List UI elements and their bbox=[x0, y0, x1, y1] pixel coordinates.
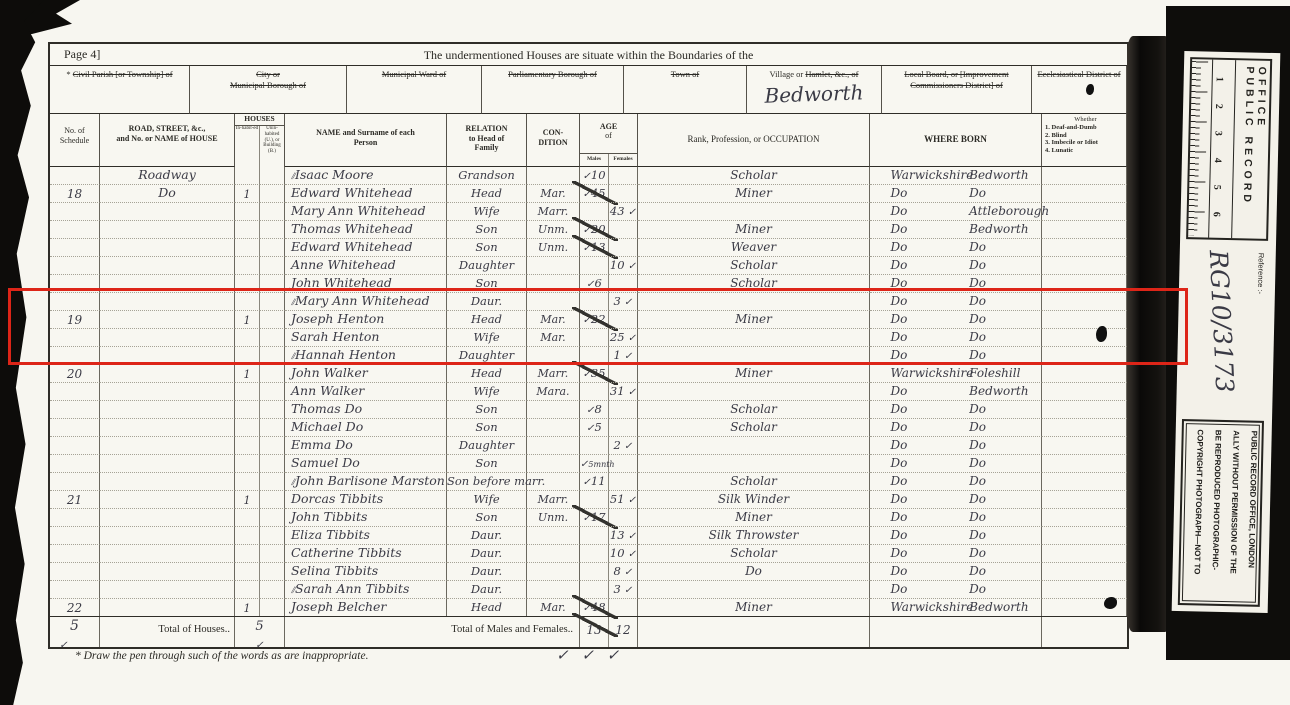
cell-name: Emma Do bbox=[285, 437, 447, 455]
cell-occupation: Scholar bbox=[638, 545, 870, 563]
cell-road bbox=[100, 473, 235, 491]
cell-condition: Mar. bbox=[527, 185, 580, 203]
cell-where-born: DoDo bbox=[870, 257, 1042, 275]
cell-condition bbox=[527, 419, 580, 437]
cell-condition bbox=[527, 527, 580, 545]
cell-name: Edward Whitehead bbox=[285, 185, 447, 203]
location-label-segment: Local Board, or [ImprovementCommissioner… bbox=[904, 69, 1008, 90]
cell-road: Roadway bbox=[100, 167, 235, 185]
cell-where-born: DoDo bbox=[870, 491, 1042, 509]
cell-relation: Son bbox=[447, 455, 527, 473]
cell-houses-inhabited bbox=[235, 383, 260, 401]
cell-condition bbox=[527, 455, 580, 473]
cell-occupation: Silk Winder bbox=[638, 491, 870, 509]
cell-houses-uninhabited bbox=[260, 365, 285, 383]
cell-condition: Marr. bbox=[527, 491, 580, 509]
cell-schedule bbox=[50, 167, 100, 185]
cell-infirmity bbox=[1042, 401, 1127, 419]
column-header-males: Males bbox=[580, 154, 609, 167]
totals-schedule: 5✓ bbox=[50, 617, 100, 647]
cell-houses-uninhabited bbox=[260, 473, 285, 491]
cell-houses-uninhabited bbox=[260, 401, 285, 419]
cell-houses-inhabited bbox=[235, 203, 260, 221]
column-header: No. ofSchedule bbox=[50, 114, 100, 167]
reference-value: RG10/3173 bbox=[1204, 249, 1240, 393]
ruler-numbers: 123456 bbox=[1208, 60, 1236, 238]
cell-houses-inhabited bbox=[235, 239, 260, 257]
cell-age-male bbox=[580, 203, 609, 221]
cell-infirmity bbox=[1042, 185, 1127, 203]
cell-age-female bbox=[609, 509, 638, 527]
cell-infirmity bbox=[1042, 545, 1127, 563]
cell-schedule bbox=[50, 473, 100, 491]
cell-occupation: Scholar bbox=[638, 473, 870, 491]
cell-occupation: Miner bbox=[638, 509, 870, 527]
cell-houses-inhabited: 1 bbox=[235, 599, 260, 617]
cell-occupation bbox=[638, 203, 870, 221]
cell-where-born: DoDo bbox=[870, 455, 1042, 473]
cell-age-male bbox=[580, 437, 609, 455]
cell-road: Do bbox=[100, 185, 235, 203]
cell-where-born: DoDo bbox=[870, 401, 1042, 419]
cell-age-female bbox=[609, 473, 638, 491]
location-label-segment: City orMunicipal Borough of bbox=[230, 69, 306, 90]
cell-houses-uninhabited bbox=[260, 437, 285, 455]
cell-condition: Marr. bbox=[527, 365, 580, 383]
cell-age-female: 13 ✓ bbox=[609, 527, 638, 545]
cell-occupation: Scholar bbox=[638, 401, 870, 419]
location-label-segment: Village or bbox=[770, 69, 806, 79]
cell-road bbox=[100, 437, 235, 455]
cell-age-male: ✓11 bbox=[580, 473, 609, 491]
column-header-females: Females bbox=[609, 154, 638, 167]
cell-occupation bbox=[638, 581, 870, 599]
cell-condition bbox=[527, 401, 580, 419]
totals-houses-label: Total of Houses.. bbox=[100, 617, 235, 647]
cell-schedule: 22 bbox=[50, 599, 100, 617]
cell-relation: Son bbox=[447, 509, 527, 527]
cell-infirmity bbox=[1042, 491, 1127, 509]
cell-road bbox=[100, 203, 235, 221]
copyright-text: COPYRIGHT PHOTOGRAPH—NOT TOBE REPRODUCED… bbox=[1187, 429, 1258, 598]
cell-condition bbox=[527, 563, 580, 581]
cell-age-male bbox=[580, 527, 609, 545]
cell-infirmity bbox=[1042, 167, 1127, 185]
cell-houses-uninhabited bbox=[260, 491, 285, 509]
cell-schedule bbox=[50, 239, 100, 257]
cell-houses-uninhabited bbox=[260, 239, 285, 257]
cell-road bbox=[100, 419, 235, 437]
cell-age-female: 31 ✓ bbox=[609, 383, 638, 401]
cell-age-male: ✓45 bbox=[580, 185, 609, 203]
cell-where-born: DoDo bbox=[870, 239, 1042, 257]
cell-where-born: DoBedworth bbox=[870, 221, 1042, 239]
cell-schedule bbox=[50, 221, 100, 239]
cell-age-female bbox=[609, 221, 638, 239]
totals-houses-value: 5✓ bbox=[235, 617, 285, 647]
cell-infirmity bbox=[1042, 383, 1127, 401]
column-header: Rank, Profession, or OCCUPATION bbox=[638, 114, 870, 167]
cell-age-male bbox=[580, 545, 609, 563]
cell-age-female bbox=[609, 185, 638, 203]
cell-condition bbox=[527, 545, 580, 563]
cell-houses-uninhabited bbox=[260, 383, 285, 401]
cell-road bbox=[100, 509, 235, 527]
ruler-number: 6 bbox=[1211, 212, 1222, 217]
cell-name: Edward Whitehead bbox=[285, 239, 447, 257]
cell-age-male: ✓5mnth bbox=[580, 455, 609, 473]
cell-age-male: ✓48 bbox=[580, 599, 609, 617]
cell-infirmity bbox=[1042, 563, 1127, 581]
cell-relation: Wife bbox=[447, 491, 527, 509]
cell-where-born: DoDo bbox=[870, 581, 1042, 599]
cell-condition: Mara. bbox=[527, 383, 580, 401]
cell-schedule: 20 bbox=[50, 365, 100, 383]
column-header-age: AGEof bbox=[580, 114, 638, 154]
cell-where-born: WarwickshireBedworth bbox=[870, 167, 1042, 185]
cell-houses-uninhabited bbox=[260, 185, 285, 203]
copyright-line: ALLY WITHOUT PERMISSION OF THE bbox=[1223, 430, 1245, 598]
location-label-segment: Ecclesiastical District of bbox=[1037, 69, 1120, 79]
cell-occupation: Silk Throwster bbox=[638, 527, 870, 545]
cell-houses-inhabited: 1 bbox=[235, 491, 260, 509]
cell-houses-inhabited bbox=[235, 581, 260, 599]
cell-age-female: 10 ✓ bbox=[609, 257, 638, 275]
cell-schedule bbox=[50, 419, 100, 437]
column-header: ROAD, STREET, &c.,and No. or NAME of HOU… bbox=[100, 114, 235, 167]
location-cell: * Civil Parish [or Township] of bbox=[50, 66, 190, 114]
cell-condition bbox=[527, 257, 580, 275]
cell-road bbox=[100, 581, 235, 599]
cell-relation: Son before marr. bbox=[447, 473, 527, 491]
form-footnote: * Draw the pen through such of the words… bbox=[75, 650, 368, 662]
cell-condition: Mar. bbox=[527, 599, 580, 617]
cell-age-female: 2 ✓ bbox=[609, 437, 638, 455]
ruler-number: 1 bbox=[1214, 77, 1225, 82]
cell-houses-uninhabited bbox=[260, 527, 285, 545]
cell-where-born: DoDo bbox=[870, 563, 1042, 581]
cell-name: Mary Ann Whitehead bbox=[285, 203, 447, 221]
cell-occupation: Scholar bbox=[638, 419, 870, 437]
location-cell: Municipal Ward of bbox=[347, 66, 482, 114]
cell-road bbox=[100, 221, 235, 239]
cell-schedule bbox=[50, 527, 100, 545]
ruler-long-ticks bbox=[1188, 61, 1208, 235]
cell-infirmity bbox=[1042, 509, 1127, 527]
cell-where-born: DoDo bbox=[870, 437, 1042, 455]
cell-houses-inhabited: 1 bbox=[235, 365, 260, 383]
cell-schedule bbox=[50, 509, 100, 527]
cell-name: ⫽Isaac Moore bbox=[285, 167, 447, 185]
cell-age-male bbox=[580, 581, 609, 599]
location-cell: Town of bbox=[624, 66, 747, 114]
cell-condition: Unm. bbox=[527, 509, 580, 527]
cell-relation: Daur. bbox=[447, 545, 527, 563]
cell-relation: Daur. bbox=[447, 581, 527, 599]
cell-occupation: Miner bbox=[638, 221, 870, 239]
cell-age-female bbox=[609, 455, 638, 473]
cell-age-female bbox=[609, 419, 638, 437]
reference-label: Reference :- bbox=[1256, 253, 1266, 294]
cell-houses-inhabited bbox=[235, 257, 260, 275]
cell-schedule bbox=[50, 383, 100, 401]
cell-name: Thomas Whitehead bbox=[285, 221, 447, 239]
cell-name: Joseph Belcher bbox=[285, 599, 447, 617]
red-highlight-box bbox=[8, 288, 1188, 365]
cell-road bbox=[100, 563, 235, 581]
column-header-uninhabited: Unin-habited (U.), or Building (B.) bbox=[260, 126, 285, 167]
cell-infirmity bbox=[1042, 257, 1127, 275]
totals-males-value: 13 bbox=[580, 617, 609, 647]
cell-schedule bbox=[50, 563, 100, 581]
cell-age-male: ✓5 bbox=[580, 419, 609, 437]
cell-where-born: DoDo bbox=[870, 419, 1042, 437]
form-title: The undermentioned Houses are situate wi… bbox=[50, 48, 1127, 66]
location-label-segment: Parliamentary Borough of bbox=[508, 69, 597, 79]
cell-houses-uninhabited bbox=[260, 419, 285, 437]
cell-houses-uninhabited bbox=[260, 545, 285, 563]
cell-occupation: Miner bbox=[638, 599, 870, 617]
cell-condition: Marr. bbox=[527, 203, 580, 221]
location-cell: City orMunicipal Borough of bbox=[190, 66, 347, 114]
cell-houses-inhabited bbox=[235, 545, 260, 563]
cell-road bbox=[100, 257, 235, 275]
cell-age-male bbox=[580, 491, 609, 509]
location-value: Bedworth bbox=[747, 79, 882, 109]
cell-age-male bbox=[580, 257, 609, 275]
cell-occupation bbox=[638, 455, 870, 473]
ruler-number: 3 bbox=[1212, 131, 1223, 136]
cell-infirmity bbox=[1042, 239, 1127, 257]
cell-houses-inhabited bbox=[235, 401, 260, 419]
cell-infirmity bbox=[1042, 581, 1127, 599]
cell-relation: Daur. bbox=[447, 527, 527, 545]
ruler-number: 2 bbox=[1213, 104, 1224, 109]
totals-occupation-blank bbox=[638, 617, 870, 647]
cell-age-male: ✓10 bbox=[580, 167, 609, 185]
totals-females-value: 12 bbox=[609, 617, 638, 647]
totals-males-females-label: Total of Males and Females.. bbox=[285, 617, 580, 647]
location-cell: Parliamentary Borough of bbox=[482, 66, 624, 114]
cell-age-female bbox=[609, 401, 638, 419]
cell-infirmity bbox=[1042, 221, 1127, 239]
cell-relation: Daughter bbox=[447, 257, 527, 275]
cell-age-female bbox=[609, 365, 638, 383]
cell-name: ⫽John Barlisone Marston bbox=[285, 473, 447, 491]
cell-where-born: WarwickshireBedworth bbox=[870, 599, 1042, 617]
cell-infirmity bbox=[1042, 527, 1127, 545]
cell-houses-uninhabited bbox=[260, 167, 285, 185]
cell-schedule bbox=[50, 401, 100, 419]
copyright-line: PUBLIC RECORD OFFICE, LONDON bbox=[1241, 430, 1263, 598]
cell-where-born: DoDo bbox=[870, 545, 1042, 563]
cell-infirmity bbox=[1042, 473, 1127, 491]
cell-age-female: 51 ✓ bbox=[609, 491, 638, 509]
location-cell: Village or Hamlet, &c., ofBedworth bbox=[747, 66, 882, 114]
cell-age-female: 8 ✓ bbox=[609, 563, 638, 581]
column-header: Whether1. Deaf-and-Dumb2. Blind3. Imbeci… bbox=[1042, 114, 1127, 167]
cell-houses-inhabited bbox=[235, 221, 260, 239]
cell-infirmity bbox=[1042, 437, 1127, 455]
cell-name: Samuel Do bbox=[285, 455, 447, 473]
cell-relation: Daughter bbox=[447, 437, 527, 455]
census-scan: { "form": { "page_label": "Page 4]", "ti… bbox=[0, 0, 1290, 705]
cell-schedule bbox=[50, 203, 100, 221]
cell-houses-inhabited bbox=[235, 167, 260, 185]
cell-age-female bbox=[609, 599, 638, 617]
cell-condition bbox=[527, 437, 580, 455]
cell-relation: Son bbox=[447, 221, 527, 239]
cell-occupation bbox=[638, 437, 870, 455]
cell-road bbox=[100, 527, 235, 545]
cell-age-female: 3 ✓ bbox=[609, 581, 638, 599]
cell-name: Ann Walker bbox=[285, 383, 447, 401]
cell-infirmity bbox=[1042, 455, 1127, 473]
cell-name: Thomas Do bbox=[285, 401, 447, 419]
cell-infirmity bbox=[1042, 419, 1127, 437]
bottom-tally-ticks: ✓ ✓ ✓ bbox=[556, 646, 623, 664]
cell-relation: Daur. bbox=[447, 563, 527, 581]
cell-houses-uninhabited bbox=[260, 257, 285, 275]
cell-schedule bbox=[50, 257, 100, 275]
cell-name: Anne Whitehead bbox=[285, 257, 447, 275]
cell-occupation: Weaver bbox=[638, 239, 870, 257]
column-header: CON-DITION bbox=[527, 114, 580, 167]
cell-relation: Son bbox=[447, 401, 527, 419]
column-header: WHERE BORN bbox=[870, 114, 1042, 167]
cell-relation: Wife bbox=[447, 203, 527, 221]
cell-condition bbox=[527, 167, 580, 185]
location-cell: Local Board, or [ImprovementCommissioner… bbox=[882, 66, 1032, 114]
cell-houses-uninhabited bbox=[260, 599, 285, 617]
cell-houses-inhabited bbox=[235, 509, 260, 527]
cell-occupation bbox=[638, 383, 870, 401]
cell-age-male bbox=[580, 563, 609, 581]
cell-age-female: 10 ✓ bbox=[609, 545, 638, 563]
cell-name: Selina Tibbits bbox=[285, 563, 447, 581]
location-cell: Ecclesiastical District of bbox=[1032, 66, 1127, 114]
cell-name: Catherine Tibbits bbox=[285, 545, 447, 563]
cell-houses-uninhabited bbox=[260, 509, 285, 527]
cell-age-male bbox=[580, 383, 609, 401]
cell-road bbox=[100, 491, 235, 509]
cell-condition: Unm. bbox=[527, 221, 580, 239]
cell-relation: Son bbox=[447, 419, 527, 437]
cell-where-born: DoBedworth bbox=[870, 383, 1042, 401]
cell-age-male: ✓17 bbox=[580, 509, 609, 527]
cell-relation: Head bbox=[447, 185, 527, 203]
column-header-houses: HOUSES bbox=[235, 114, 285, 126]
cell-relation: Wife bbox=[447, 383, 527, 401]
cell-occupation: Miner bbox=[638, 365, 870, 383]
cell-houses-inhabited bbox=[235, 419, 260, 437]
cell-infirmity bbox=[1042, 365, 1127, 383]
cell-houses-inhabited bbox=[235, 473, 260, 491]
cell-schedule: 21 bbox=[50, 491, 100, 509]
cell-houses-inhabited bbox=[235, 437, 260, 455]
cell-name: Dorcas Tibbits bbox=[285, 491, 447, 509]
cell-schedule bbox=[50, 455, 100, 473]
location-label-segment: Civil Parish [or Township] of bbox=[73, 69, 173, 79]
cell-condition bbox=[527, 581, 580, 599]
cell-condition bbox=[527, 473, 580, 491]
cell-houses-inhabited bbox=[235, 455, 260, 473]
column-header: RELATIONto Head ofFamily bbox=[447, 114, 527, 167]
copyright-box: COPYRIGHT PHOTOGRAPH—NOT TOBE REPRODUCED… bbox=[1178, 419, 1264, 607]
cell-where-born: DoDo bbox=[870, 185, 1042, 203]
cell-occupation: Scholar bbox=[638, 257, 870, 275]
cell-where-born: DoDo bbox=[870, 527, 1042, 545]
cell-houses-uninhabited bbox=[260, 203, 285, 221]
ruler-number: 4 bbox=[1212, 158, 1223, 163]
cell-houses-uninhabited bbox=[260, 563, 285, 581]
cell-name: Michael Do bbox=[285, 419, 447, 437]
ruler-box: 123456 PUBLIC RECORD OFFICE bbox=[1186, 57, 1272, 241]
cell-age-female: 43 ✓ bbox=[609, 203, 638, 221]
cell-road bbox=[100, 383, 235, 401]
cell-age-female bbox=[609, 239, 638, 257]
cell-road bbox=[100, 599, 235, 617]
cell-occupation: Do bbox=[638, 563, 870, 581]
cell-road bbox=[100, 455, 235, 473]
cell-schedule: 18 bbox=[50, 185, 100, 203]
cell-houses-inhabited: 1 bbox=[235, 185, 260, 203]
pro-label-text: PUBLIC RECORD OFFICE bbox=[1240, 66, 1268, 239]
cell-road bbox=[100, 365, 235, 383]
cell-houses-uninhabited bbox=[260, 581, 285, 599]
cell-schedule bbox=[50, 581, 100, 599]
location-label-segment: Municipal Ward of bbox=[382, 69, 446, 79]
cell-relation: Grandson bbox=[447, 167, 527, 185]
cell-age-male: ✓13 bbox=[580, 239, 609, 257]
ruler-number: 5 bbox=[1211, 185, 1222, 190]
cell-road bbox=[100, 545, 235, 563]
location-label-segment: Hamlet, &c., of bbox=[805, 69, 858, 79]
cell-houses-uninhabited bbox=[260, 455, 285, 473]
cell-houses-inhabited bbox=[235, 563, 260, 581]
cell-road bbox=[100, 401, 235, 419]
cell-road bbox=[100, 239, 235, 257]
cell-houses-uninhabited bbox=[260, 221, 285, 239]
cell-name: John Tibbits bbox=[285, 509, 447, 527]
cell-occupation: Scholar bbox=[638, 167, 870, 185]
totals-born-blank bbox=[870, 617, 1042, 647]
cell-where-born: WarwickshireFoleshill bbox=[870, 365, 1042, 383]
cell-where-born: DoDo bbox=[870, 509, 1042, 527]
cell-schedule bbox=[50, 437, 100, 455]
cell-name: Eliza Tibbits bbox=[285, 527, 447, 545]
location-label-segment: Town of bbox=[671, 69, 699, 79]
cell-infirmity bbox=[1042, 203, 1127, 221]
cell-houses-inhabited bbox=[235, 527, 260, 545]
cell-occupation: Miner bbox=[638, 185, 870, 203]
cell-relation: Head bbox=[447, 599, 527, 617]
cell-age-male: ✓20 bbox=[580, 221, 609, 239]
cell-age-female bbox=[609, 167, 638, 185]
cell-name: John Walker bbox=[285, 365, 447, 383]
cell-schedule bbox=[50, 545, 100, 563]
cell-condition: Unm. bbox=[527, 239, 580, 257]
cell-age-male: ✓35 bbox=[580, 365, 609, 383]
cell-age-male: ✓8 bbox=[580, 401, 609, 419]
column-header-inhabited: In-habit-ed bbox=[235, 126, 260, 167]
cell-relation: Son bbox=[447, 239, 527, 257]
copyright-line: COPYRIGHT PHOTOGRAPH—NOT TO bbox=[1187, 429, 1209, 597]
cell-relation: Head bbox=[447, 365, 527, 383]
column-header: NAME and Surname of eachPerson bbox=[285, 114, 447, 167]
cell-where-born: DoAttleborough bbox=[870, 203, 1042, 221]
cell-where-born: DoDo bbox=[870, 473, 1042, 491]
